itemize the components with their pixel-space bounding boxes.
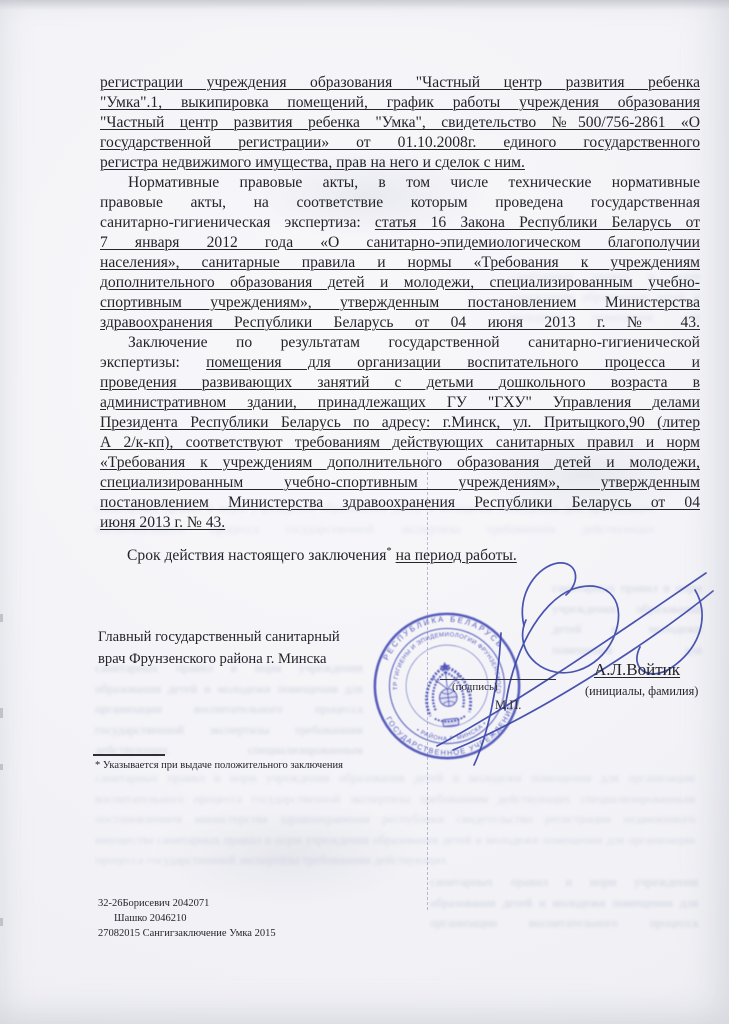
footer-line: 32-26Борисевич 2042071 [98, 896, 276, 911]
body-line: июня 2013 г. № 43. [100, 513, 700, 533]
body-line: «Требования к учреждениям дополнительног… [100, 453, 700, 473]
body-line: регистрации учреждения образования "Част… [100, 73, 700, 93]
underlined-text-run: специализированным учебно-спортивным учр… [100, 474, 700, 491]
scan-edge-artifact [0, 614, 3, 622]
scan-edge-artifact [0, 918, 3, 926]
signer-name: А.Л.Войтик [594, 660, 680, 680]
body-line: А 2/к-кп), соответствуют требованиям дей… [100, 433, 700, 453]
underlined-text-run: спортивным учреждениям», утвержденным по… [100, 294, 700, 311]
body-line: Президента Республики Беларусь по адресу… [100, 413, 700, 433]
underlined-text-run: 7 января 2012 года «О санитарно-эпидемио… [100, 234, 700, 251]
underlined-text-run: постановлением Министерства здравоохране… [100, 494, 700, 511]
underlined-text-run: Президента Республики Беларусь по адресу… [100, 414, 700, 431]
paper-texture-blot [150, 800, 430, 910]
body-line: специализированным учебно-спортивным учр… [100, 473, 700, 493]
body-line: Нормативные правовые акты, в том числе т… [100, 173, 700, 193]
footer-line: Шашко 2046210 [114, 911, 276, 926]
document-footer: 32-26Борисевич 2042071 Шашко 2046210 270… [98, 896, 276, 941]
body-line: административном здании, принадлежащих Г… [100, 393, 700, 413]
footnote-text: * Указывается при выдаче положительного … [95, 760, 343, 771]
bleed-through-text: санитарных правил и норм учреждения обра… [430, 872, 698, 934]
bleed-through-text: санитарных правил и норм учреждения обра… [95, 768, 695, 868]
text-run: Заключение по результатам государственно… [128, 334, 700, 351]
underlined-text-run: "Умка".1, выкипировка помещений, график … [100, 94, 700, 111]
underlined-text-run: регистра недвижимого имущества, прав на … [100, 154, 525, 171]
body-line: "Умка".1, выкипировка помещений, график … [100, 93, 700, 113]
text-run: правовые акты, на соответствие которым п… [100, 194, 700, 211]
signer-title: Главный государственный санитарный врач … [98, 626, 378, 670]
body-line: дополнительного образования детей и моло… [100, 273, 700, 293]
body-line: населения», санитарные правила и нормы «… [100, 253, 700, 273]
body-line: постановлением Министерства здравоохране… [100, 493, 700, 513]
footer-line: 27082015 Сангигзаключение Умка 2015 [98, 926, 276, 941]
body-line: здравоохранения Республики Беларусь от 0… [100, 313, 700, 333]
underlined-text-run: дополнительного образования детей и моло… [100, 274, 700, 291]
scan-edge-artifact [0, 764, 3, 770]
underlined-text-run: помещения для организации воспитательног… [206, 354, 700, 371]
text-run: Срок действия настоящего заключения [127, 547, 386, 564]
scan-edge-artifact [0, 708, 3, 718]
signer-title-line: Главный государственный санитарный [98, 626, 378, 648]
body-line: экспертизы: помещения для организации во… [100, 353, 700, 373]
underlined-text-run: проведения развивающих занятий с детьми … [100, 374, 700, 391]
underlined-text-run: "Частный центр развития ребенка "Умка", … [100, 114, 700, 131]
signer-title-line: врач Фрунзенского района г. Минска [98, 648, 378, 670]
signature-label: (подпись) [452, 681, 498, 693]
body-line: 7 января 2012 года «О санитарно-эпидемио… [100, 233, 700, 253]
text-run: экспертизы: [100, 354, 206, 371]
body-line: правовые акты, на соответствие которым п… [100, 193, 700, 213]
text-run: санитарно-гигиеническая экспертиза: [100, 214, 375, 231]
underlined-text-run: административном здании, принадлежащих Г… [100, 394, 700, 411]
footnote-divider [93, 754, 165, 756]
body-line: проведения развивающих занятий с детьми … [100, 373, 700, 393]
underlined-text-run: июня 2013 г. № 43. [100, 514, 225, 531]
scanned-document-page: санитарных правил и норм учреждения обра… [0, 0, 729, 1024]
body-line: регистра недвижимого имущества, прав на … [100, 153, 700, 173]
body-line: государственной регистрации» от 01.10.20… [100, 133, 700, 153]
underlined-text-run: «Требования к учреждениям дополнительног… [100, 454, 700, 471]
underlined-text-run: населения», санитарные правила и нормы «… [100, 254, 700, 271]
underlined-text-run: государственной регистрации» от 01.10.20… [100, 134, 700, 151]
text-run: Нормативные правовые акты, в том числе т… [128, 174, 700, 191]
underlined-text-run: А 2/к-кп), соответствуют требованиям дей… [100, 434, 700, 451]
body-line: спортивным учреждениям», утвержденным по… [100, 293, 700, 313]
document-body: регистрации учреждения образования "Част… [100, 73, 700, 533]
underlined-text-run: здравоохранения Республики Беларусь от 0… [100, 314, 700, 331]
body-line: "Частный центр развития ребенка "Умка", … [100, 113, 700, 133]
underlined-text-run: статья 16 Закона Республики Беларусь от [375, 214, 700, 231]
body-line: Заключение по результатам государственно… [100, 333, 700, 353]
signer-name-caption: (инициалы, фамилия) [585, 684, 698, 699]
underlined-text-run: регистрации учреждения образования "Част… [100, 74, 700, 91]
seal-placeholder-label: М.П. [495, 698, 521, 713]
bleed-through-text: санитарных правил и норм учреждения обра… [95, 658, 363, 762]
body-line: санитарно-гигиеническая экспертиза: стат… [100, 213, 700, 233]
